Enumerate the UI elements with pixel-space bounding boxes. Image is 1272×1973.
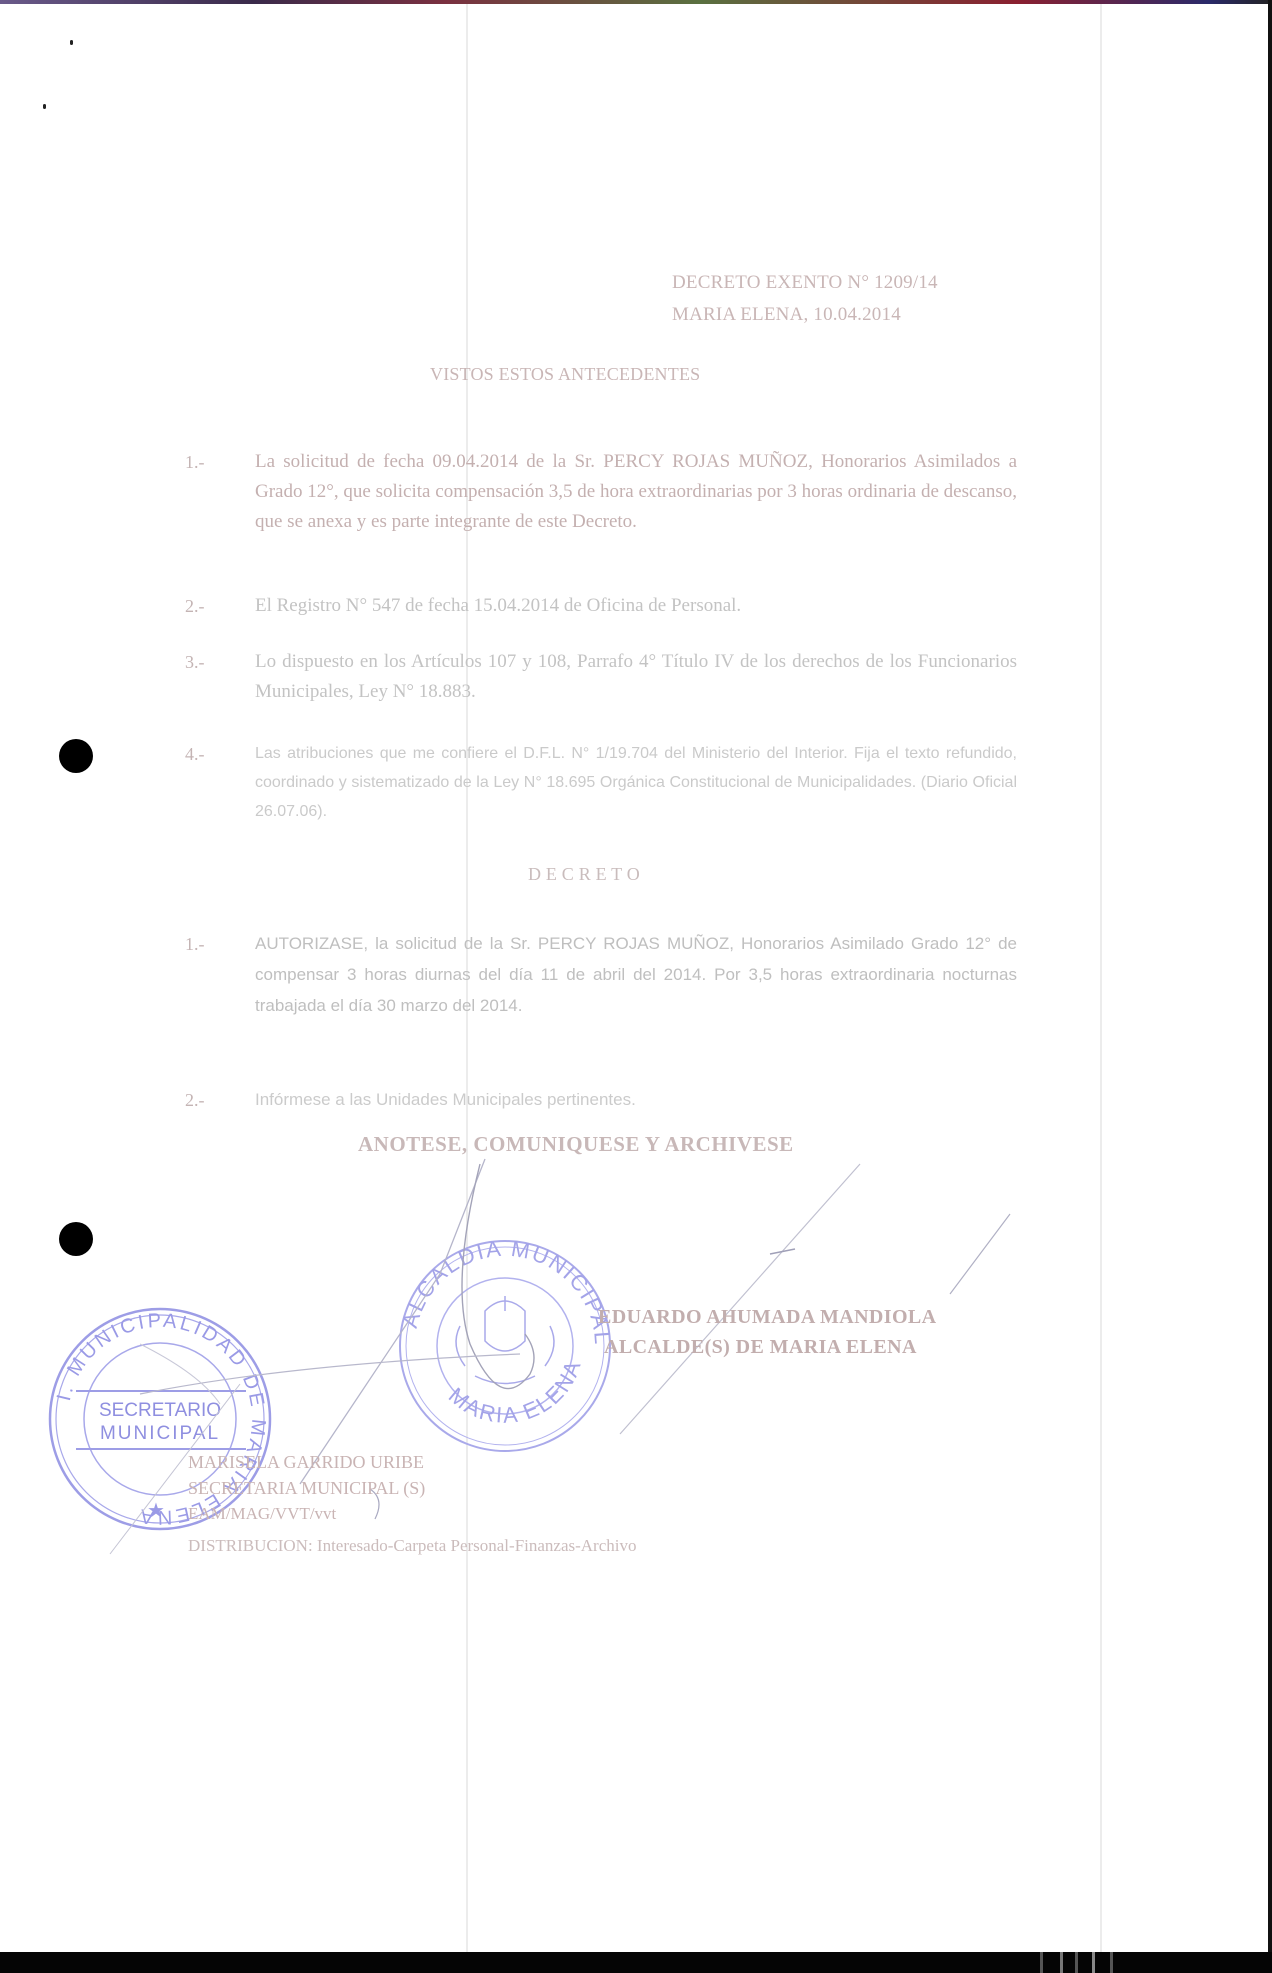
scan-speck: [43, 104, 46, 109]
mayor-title: ALCALDE(S) DE MARIA ELENA: [604, 1336, 917, 1359]
scan-bottom-edge: [0, 1952, 1272, 1973]
decreto-lead: AUTORIZASE,: [255, 934, 368, 953]
document-page: DECRETO EXENTO N° 1209/14 MARIA ELENA, 1…: [0, 4, 1268, 1952]
item-number: 1.-: [185, 452, 205, 473]
decreto-text: la solicitud de la Sr. PERCY ROJAS MUÑOZ…: [255, 934, 1017, 1015]
item-number: 2.-: [185, 596, 205, 617]
distribution-list: DISTRIBUCION: Interesado-Carpeta Persona…: [188, 1536, 637, 1556]
vistos-title: VISTOS ESTOS ANTECEDENTES: [430, 364, 700, 385]
vistos-item-2: El Registro N° 547 de fecha 15.04.2014 d…: [255, 591, 1017, 621]
secretary-name: MARISELA GARRIDO URIBE: [188, 1452, 424, 1473]
place-date: MARIA ELENA, 10.04.2014: [672, 304, 901, 326]
secretary-title: SECRETARIA MUNICIPAL (S): [188, 1478, 425, 1499]
punch-hole: [59, 739, 93, 773]
mayor-name: EDUARDO AHUMADA MANDIOLA: [598, 1306, 937, 1329]
decreto-title: D E C R E T O: [528, 864, 640, 885]
vistos-item-1: La solicitud de fecha 09.04.2014 de la S…: [255, 447, 1017, 537]
punch-hole: [59, 1222, 93, 1256]
fold-line: [1100, 4, 1102, 1952]
scan-speck: [70, 40, 73, 45]
reference-initials: EAM/MAG/VVT/vvt: [188, 1504, 336, 1524]
vistos-item-3: Lo dispuesto en los Artículos 107 y 108,…: [255, 647, 1017, 707]
scan-right-edge: [1268, 0, 1272, 1973]
vistos-item-4: Las atribuciones que me confiere el D.F.…: [255, 739, 1017, 826]
item-number: 3.-: [185, 652, 205, 673]
decreto-item-1: AUTORIZASE, la solicitud de la Sr. PERCY…: [255, 928, 1017, 1021]
decreto-item-2: Infórmese a las Unidades Municipales per…: [255, 1084, 1017, 1115]
item-number: 2.-: [185, 1090, 205, 1111]
item-number: 1.-: [185, 934, 205, 955]
decree-number: DECRETO EXENTO N° 1209/14: [672, 272, 938, 294]
item-number: 4.-: [185, 744, 205, 765]
